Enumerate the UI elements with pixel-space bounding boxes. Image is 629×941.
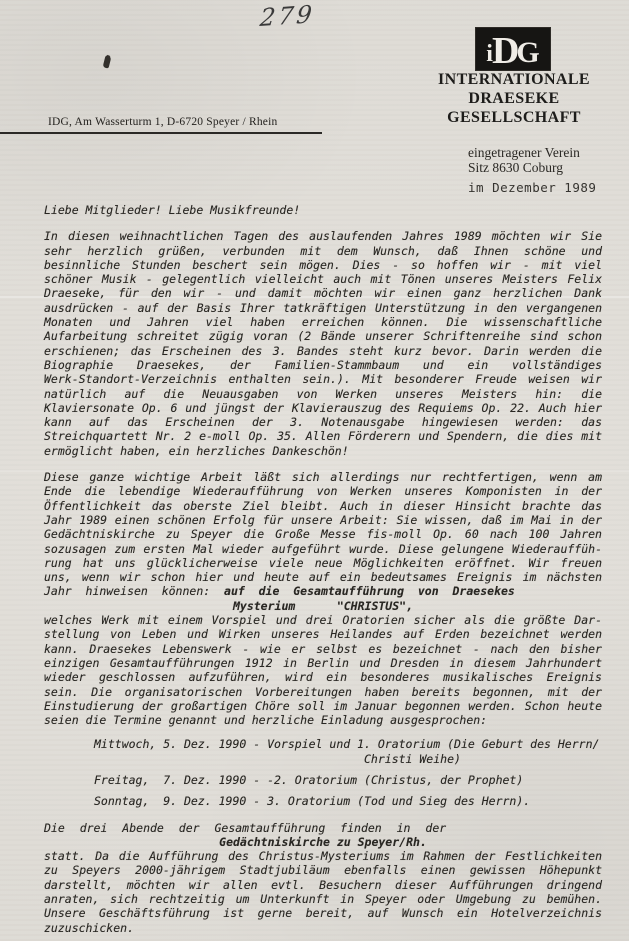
- letter-paragraph: Liebe Mitglieder! Liebe Musikfreunde!: [44, 203, 602, 217]
- letter-line: kann auf das Erscheinen der 3. Notenausg…: [44, 415, 602, 429]
- registration-line2: Sitz 8630 Coburg: [468, 161, 580, 176]
- letter-line: kann. Draesekes Lebenswerk - wie er selb…: [44, 642, 602, 656]
- letter-line: Diese ganze wichtige Arbeit läßt sich al…: [44, 470, 602, 484]
- letter-line: Aufarbeitung schreitet zügig voran (2 Bä…: [44, 329, 602, 343]
- letter-line: Mysterium "CHRISTUS",: [44, 599, 602, 613]
- idg-logo: iDG: [476, 28, 550, 70]
- letter-paragraph: In diesen weihnachtlichen Tagen des ausl…: [44, 229, 602, 458]
- letter-line: seien die Termine genannt und herzliche …: [44, 713, 602, 727]
- letter-line: Monaten und Jahren viel haben erreichen …: [44, 315, 602, 329]
- letter-date: im Dezember 1989: [468, 180, 596, 195]
- letter-line: sehr herzlich grüßen, verbunden mit dem …: [44, 244, 602, 258]
- organization-name: INTERNATIONALE DRAESEKE GESELLSCHAFT: [404, 70, 624, 127]
- letter-line: Ende die lebendige Wiederaufführung von …: [44, 484, 602, 498]
- letter-line: Mittwoch, 5. Dez. 1990 - Vorspiel und 1.…: [44, 737, 602, 751]
- letter-line: Gedächtniskirche zu Speyer/Rh.: [44, 835, 602, 849]
- scanned-letter-page: 279 iDG INTERNATIONALE DRAESEKE GESELLSC…: [0, 0, 629, 941]
- letter-line: Werk-Standort-Verzeichnis enthalten sein…: [44, 372, 602, 386]
- letter-line: anraten, sich rechtzeitig um Unterkunft …: [44, 892, 602, 906]
- letter-line: Draeseke, für den wir - und damit möchte…: [44, 286, 602, 300]
- letter-line: statt. Da die Aufführung des Christus-My…: [44, 849, 602, 863]
- letter-paragraph: Mittwoch, 5. Dez. 1990 - Vorspiel und 1.…: [44, 737, 602, 808]
- handwritten-page-number: 279: [259, 0, 317, 32]
- letter-line: zuzuschicken.: [44, 921, 602, 935]
- logo-letter-g: G: [516, 38, 539, 70]
- letter-line: Christi Weihe): [44, 752, 602, 766]
- letter-line: Gedächtniskirche zu Speyer die Große Mes…: [44, 527, 602, 541]
- letter-line: rung hat uns glücklicherweise viele neue…: [44, 556, 602, 570]
- organization-name-line1: INTERNATIONALE: [404, 70, 624, 89]
- registration-line1: eingetragener Verein: [468, 146, 580, 161]
- letter-line: erschienen; das Erscheinen des 3. Bandes…: [44, 344, 602, 358]
- letter-line: ausdrücken - auf der Basis Ihrer tatkräf…: [44, 301, 602, 315]
- letter-line: uns, wenn wir schon hier und heute auf e…: [44, 570, 602, 584]
- letter-line: Jahr hinweisen können: auf die Gesamtauf…: [44, 584, 602, 598]
- letter-line: Die drei Abende der Gesamtaufführung fin…: [44, 821, 602, 835]
- letter-paragraph: Die drei Abende der Gesamtaufführung fin…: [44, 821, 602, 935]
- letter-line: Öffentlichkeit das oberste Ziel bleibt. …: [44, 499, 602, 513]
- letter-line: Freitag, 7. Dez. 1990 - -2. Oratorium (C…: [44, 773, 602, 787]
- letter-line: Liebe Mitglieder! Liebe Musikfreunde!: [44, 203, 602, 217]
- letter-line: schöner Musik - gelegentlich vielleicht …: [44, 272, 602, 286]
- sender-divider-rule: [0, 132, 322, 134]
- letter-line: Einstudierung der großartigen Chöre soll…: [44, 699, 602, 713]
- letter-line: Klaviersonate Op. 6 und jüngst der Klavi…: [44, 401, 602, 415]
- organization-name-line3: GESELLSCHAFT: [404, 108, 624, 127]
- letter-line: Jahr 1989 einen schönen Erfolg für unser…: [44, 513, 602, 527]
- letter-line: einzigen Gesamtaufführungen 1912 in Berl…: [44, 656, 602, 670]
- sender-address-line: IDG, Am Wasserturm 1, D-6720 Speyer / Rh…: [48, 116, 277, 128]
- letter-line: stellung von Leben und Wirken unseres He…: [44, 627, 602, 641]
- letter-line: Sonntag, 9. Dez. 1990 - 3. Oratorium (To…: [44, 794, 602, 808]
- organization-name-line2: DRAESEKE: [404, 89, 624, 108]
- letter-line: besinnliche Stunden beschert sein mögen.…: [44, 258, 602, 272]
- logo-letter-d: D: [492, 32, 519, 70]
- letter-line: darstellt, möchten wir allen evtl. Besuc…: [44, 878, 602, 892]
- ink-mark: [103, 55, 112, 68]
- letter-line: wieder geschlossen aufzuführen, wird ein…: [44, 670, 602, 684]
- letter-line: sozusagen zum ersten Mal wieder aufgefüh…: [44, 542, 602, 556]
- letter-line: In diesen weihnachtlichen Tagen des ausl…: [44, 229, 602, 243]
- letter-line: Unsere Geschäftsführung ist gerne bereit…: [44, 906, 602, 920]
- letter-paragraph: Diese ganze wichtige Arbeit läßt sich al…: [44, 470, 602, 727]
- letter-line: welches Werk mit einem Vorspiel und drei…: [44, 613, 602, 627]
- letter-line: natürlich auf die Neuausgaben von Werken…: [44, 387, 602, 401]
- letter-line: Streichquartett Nr. 2 e-moll Op. 35. All…: [44, 429, 602, 443]
- letter-line: ermöglicht haben, ein herzliches Dankesc…: [44, 444, 602, 458]
- registration-info: eingetragener Verein Sitz 8630 Coburg: [468, 146, 580, 175]
- letter-line: zu Speyers 2000-jährigem Stadtjubiläum e…: [44, 863, 602, 877]
- letter-line: sein. Die organisatorischen Vorbereitung…: [44, 685, 602, 699]
- letter-body: Liebe Mitglieder! Liebe Musikfreunde!In …: [44, 203, 602, 935]
- letter-line: Biographie Draesekes, der Familien-Stamm…: [44, 358, 602, 372]
